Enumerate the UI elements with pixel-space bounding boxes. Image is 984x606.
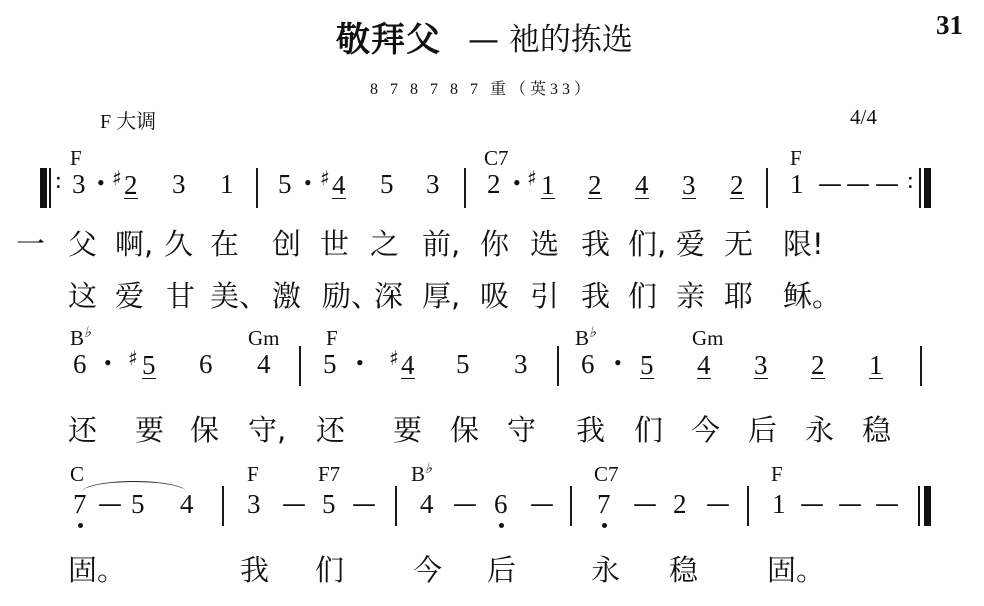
lyric-syllable: 固。 (767, 548, 825, 589)
note: 5 (640, 352, 654, 379)
sharp-icon: ♯ (128, 346, 138, 370)
lyric-syllable: 今 (691, 408, 720, 449)
lyric-syllable: 固。 (68, 548, 126, 589)
chord-symbol: C (70, 462, 84, 487)
lyric-syllable: 还 (316, 408, 345, 449)
chord-symbol: B♭ (575, 323, 596, 351)
lyric-syllable: 稣。 (783, 274, 841, 315)
note: 4 (332, 172, 346, 199)
note: 5 (323, 349, 337, 380)
note: 4 (697, 352, 711, 379)
lyric-syllable: 爱 (115, 274, 144, 315)
note: 4 (401, 352, 415, 379)
lyric-syllable: 我 (576, 408, 605, 449)
low-octave-dot (602, 523, 607, 528)
sharp-icon: ♯ (112, 166, 122, 190)
lyric-syllable: 久 (164, 222, 193, 263)
augmentation-dot: • (513, 170, 521, 196)
lyric-syllable: 你 (480, 222, 509, 263)
chord-symbol: B♭ (411, 459, 432, 487)
bar-line (395, 486, 397, 526)
note: 5 (322, 489, 336, 520)
note: 5 (456, 349, 470, 380)
lyric-syllable: 我 (581, 274, 610, 315)
lyric-syllable: 永 (591, 548, 620, 589)
bar-line (920, 346, 922, 386)
repeat-end-thin-bar (919, 168, 921, 208)
note: 3 (247, 489, 261, 520)
note: 6 (581, 349, 595, 380)
note: 2 (730, 172, 744, 199)
note: 3 (172, 169, 186, 200)
sustain-dash: — (846, 170, 870, 198)
lyric-syllable: 啊, (115, 222, 153, 263)
lyric-syllable: 后 (487, 548, 516, 589)
lyric-syllable: 限! (783, 222, 824, 263)
chord-symbol: Gm (692, 326, 724, 351)
note: 5 (278, 169, 292, 200)
sharp-icon: ♯ (527, 166, 537, 190)
note: 5 (380, 169, 394, 200)
lyric-syllable: 这 (68, 274, 97, 315)
lyric-syllable: 创 (272, 222, 301, 263)
repeat-end-thick-bar (924, 168, 931, 208)
note: 2 (588, 172, 602, 199)
lyric-syllable: 无 (724, 222, 753, 263)
note: 4 (257, 349, 271, 380)
note: 6 (494, 489, 508, 520)
note: 2 (487, 169, 501, 200)
low-octave-dot (78, 523, 83, 528)
note: 3 (514, 349, 528, 380)
lyric-syllable: 们 (634, 408, 663, 449)
lyric-syllable: 还 (68, 408, 97, 449)
chord-symbol: C7 (484, 146, 509, 171)
low-octave-dot (499, 523, 504, 528)
lyric-syllable: 厚, (422, 274, 460, 315)
lyric-syllable: 要 (393, 408, 422, 449)
lyric-syllable: 爱 (676, 222, 705, 263)
chord-symbol: F7 (318, 462, 340, 487)
note: 4 (635, 172, 649, 199)
augmentation-dot: • (614, 350, 622, 376)
sustain-dash: — (530, 490, 554, 518)
bar-line (747, 486, 749, 526)
lyric-syllable: 我 (581, 222, 610, 263)
note: 3 (682, 172, 696, 199)
note: 5 (142, 352, 156, 379)
lyric-syllable: 世 (320, 222, 349, 263)
bar-line (464, 168, 466, 208)
time-signature: 4/4 (850, 105, 877, 130)
sustain-dash: — (875, 490, 899, 518)
sustain-dash: — (633, 490, 657, 518)
note: 6 (73, 349, 87, 380)
lyric-syllable: 守, (248, 408, 286, 449)
note: 3 (754, 352, 768, 379)
lyric-syllable: 在 (210, 222, 239, 263)
sustain-dash: — (818, 170, 842, 198)
lyric-syllable: 保 (190, 408, 219, 449)
chord-symbol: B♭ (70, 323, 91, 351)
note: 5 (131, 489, 145, 520)
chord-symbol: F (247, 462, 259, 487)
lyric-syllable: 后 (748, 408, 777, 449)
chord-symbol: F (326, 326, 338, 351)
note: 4 (180, 489, 194, 520)
repeat-colon: : (55, 168, 62, 195)
lyric-syllable: 亲 (676, 274, 705, 315)
lyric-syllable: 守 (507, 408, 536, 449)
lyric-syllable: 们 (628, 274, 657, 315)
note: 4 (420, 489, 434, 520)
note: 3 (72, 169, 86, 200)
lyric-syllable: 选 (530, 222, 559, 263)
lyric-syllable: 励、 (322, 274, 380, 315)
augmentation-dot: • (356, 350, 364, 376)
lyric-syllable: 吸 (480, 274, 509, 315)
note: 3 (426, 169, 440, 200)
final-thick-bar (924, 486, 931, 526)
chord-symbol: F (70, 146, 82, 171)
sharp-icon: ♯ (320, 166, 330, 190)
note: 1 (790, 169, 804, 200)
hymn-title: 敬拜父 (336, 12, 441, 61)
repeat-start-thin-bar (49, 168, 51, 208)
lyric-syllable: 甘 (166, 274, 195, 315)
note: 2 (124, 172, 138, 199)
lyric-syllable: 耶 (724, 274, 753, 315)
lyric-syllable: 稳 (862, 408, 891, 449)
final-thin-bar (918, 486, 920, 526)
sustain-dash: — (98, 490, 122, 518)
bar-line (299, 346, 301, 386)
chord-symbol: F (771, 462, 783, 487)
sustain-dash: — (282, 490, 306, 518)
lyric-syllable: 深 (374, 274, 403, 315)
lyric-syllable: 们 (315, 548, 344, 589)
sustain-dash: — (453, 490, 477, 518)
note: 1 (869, 352, 883, 379)
bar-line (766, 168, 768, 208)
sharp-icon: ♯ (389, 346, 399, 370)
hymn-subtitle: — 祂的拣选 (468, 14, 633, 59)
lyric-syllable: 要 (135, 408, 164, 449)
sustain-dash: — (838, 490, 862, 518)
chord-symbol: C7 (594, 462, 619, 487)
lyric-syllable: 们, (628, 222, 666, 263)
note: 7 (73, 489, 87, 520)
chord-symbol: Gm (248, 326, 280, 351)
lyric-syllable: 我 (240, 548, 269, 589)
bar-line (557, 346, 559, 386)
lyric-syllable: 今 (413, 548, 442, 589)
note: 2 (811, 352, 825, 379)
note: 1 (220, 169, 234, 200)
lyric-syllable: 之 (370, 222, 399, 263)
note: 1 (541, 172, 555, 199)
augmentation-dot: • (97, 170, 105, 196)
chord-symbol: F (790, 146, 802, 171)
sustain-dash: — (706, 490, 730, 518)
lyric-syllable: 父 (68, 222, 97, 263)
note: 1 (772, 489, 786, 520)
bar-line (256, 168, 258, 208)
repeat-start-thick-bar (40, 168, 47, 208)
bar-line (222, 486, 224, 526)
bar-line (570, 486, 572, 526)
lyric-syllable: 保 (450, 408, 479, 449)
key-signature: F 大调 (100, 105, 156, 134)
verse-number: 一 (16, 222, 45, 263)
sustain-dash: — (352, 490, 376, 518)
lyric-syllable: 前, (422, 222, 460, 263)
note: 6 (199, 349, 213, 380)
lyric-syllable: 稳 (669, 548, 698, 589)
sustain-dash: — (800, 490, 824, 518)
lyric-syllable: 永 (805, 408, 834, 449)
note: 7 (597, 489, 611, 520)
lyric-syllable: 激 (272, 274, 301, 315)
note: 2 (673, 489, 687, 520)
lyric-syllable: 美、 (210, 274, 268, 315)
lyric-syllable: 引 (530, 274, 559, 315)
meter-info: 8 7 8 7 8 7 重（英33） (370, 76, 594, 99)
augmentation-dot: • (304, 170, 312, 196)
repeat-colon: : (907, 168, 914, 195)
page-number: 31 (936, 10, 963, 41)
augmentation-dot: • (104, 350, 112, 376)
sustain-dash: — (875, 170, 899, 198)
